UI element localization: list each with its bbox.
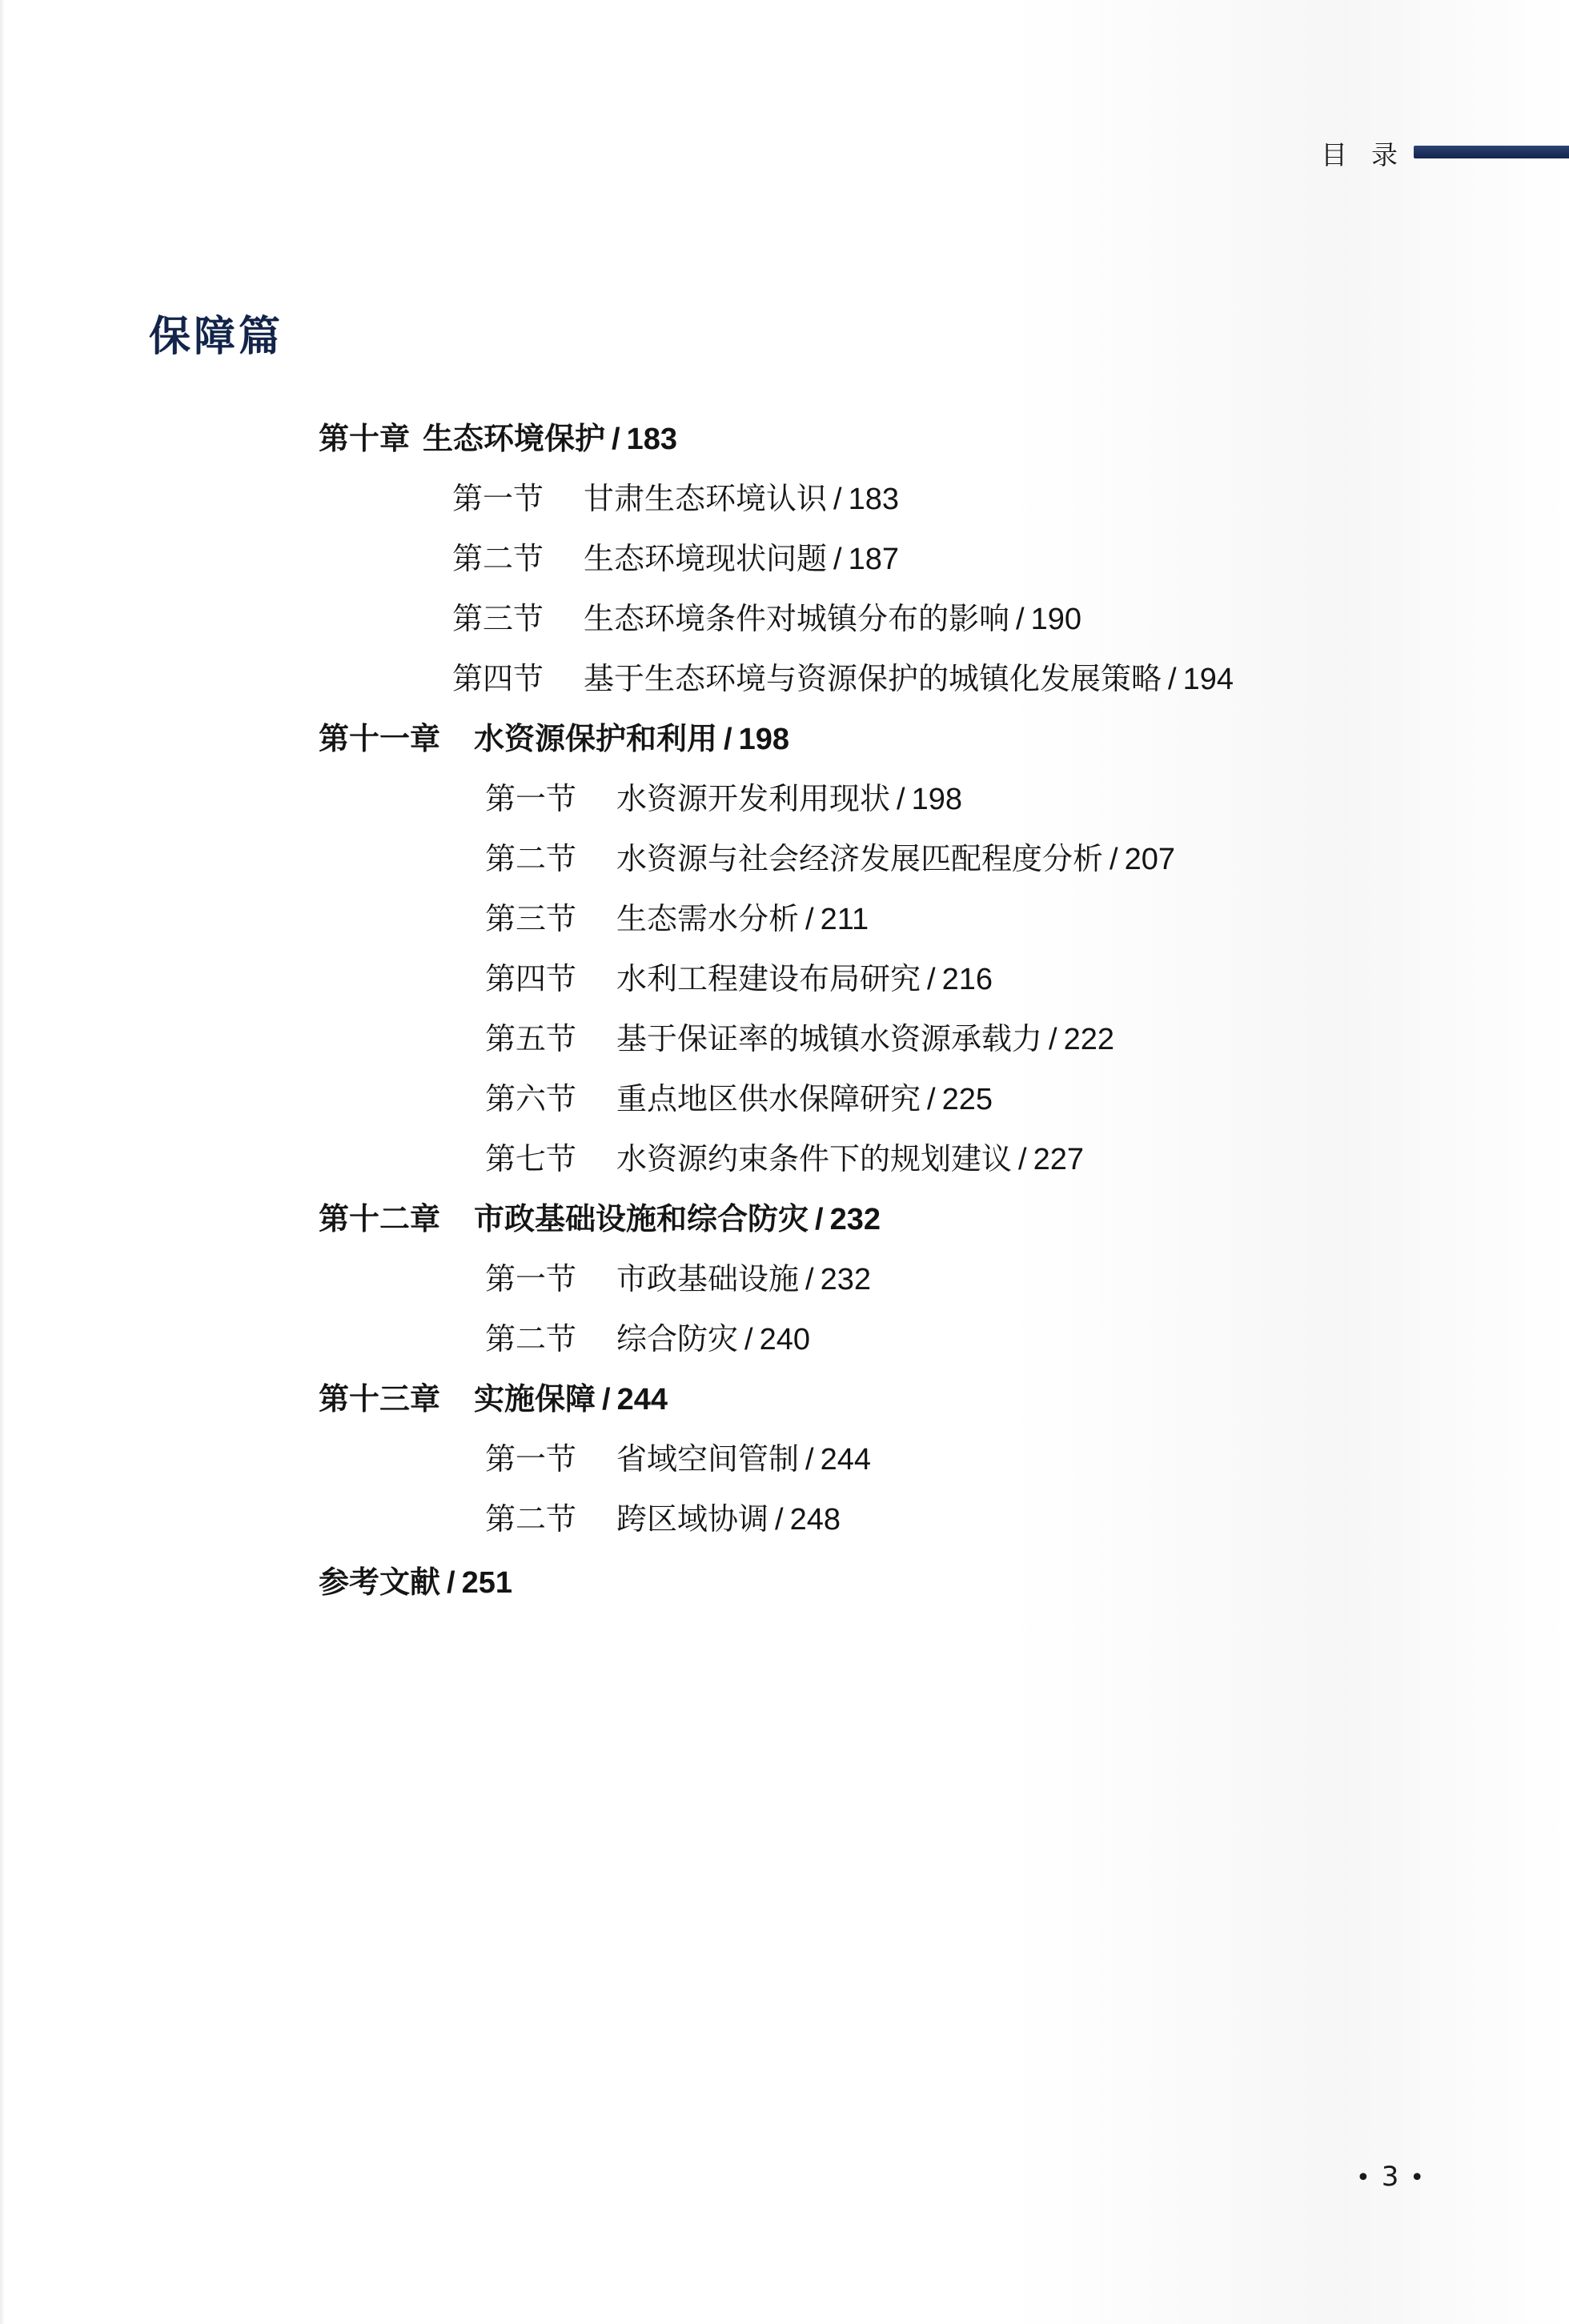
toc-chapter-10[interactable]: 第十章 生态环境保护 / 183 bbox=[319, 419, 677, 459]
page-ref: 232 bbox=[830, 1200, 881, 1240]
section-title: 基于生态环境与资源保护的城镇化发展策略 bbox=[584, 659, 1162, 699]
chapter-label: 第十章 bbox=[319, 419, 392, 459]
section-label: 第一节 bbox=[452, 479, 544, 519]
separator: / bbox=[897, 779, 905, 819]
section-title: 跨区域协调 bbox=[616, 1499, 768, 1539]
section-label: 第一节 bbox=[485, 1259, 576, 1299]
separator: / bbox=[775, 1500, 784, 1540]
page-ref: 227 bbox=[1033, 1140, 1084, 1180]
header-accent-bar bbox=[1414, 146, 1569, 158]
section-label: 第四节 bbox=[485, 959, 576, 999]
toc-chapter-13[interactable]: 第十三章 实施保障 / 244 bbox=[319, 1379, 668, 1420]
toc-chapter-12[interactable]: 第十二章 市政基础设施和综合防灾 / 232 bbox=[319, 1199, 881, 1240]
page-ref: 244 bbox=[617, 1380, 668, 1420]
chapter-title: 生态环境保护 bbox=[423, 419, 605, 459]
separator: / bbox=[447, 1563, 455, 1603]
separator: / bbox=[744, 1320, 753, 1360]
page-ref: 216 bbox=[942, 960, 993, 1000]
separator: / bbox=[724, 719, 732, 759]
chapter-title: 水资源保护和利用 bbox=[474, 719, 717, 759]
page-ref: 194 bbox=[1183, 659, 1234, 699]
chapter-label: 第十二章 bbox=[319, 1199, 440, 1239]
page-ref: 198 bbox=[739, 719, 789, 759]
separator: / bbox=[927, 960, 936, 1000]
separator: / bbox=[805, 1440, 814, 1480]
section-label: 第六节 bbox=[485, 1079, 576, 1119]
page-ref: 207 bbox=[1125, 839, 1175, 880]
separator: / bbox=[1018, 1140, 1027, 1180]
section-label: 第七节 bbox=[485, 1139, 576, 1179]
header-title: 目录 bbox=[1321, 134, 1422, 172]
page-ref: 187 bbox=[849, 539, 899, 579]
section-label: 第四节 bbox=[452, 659, 544, 699]
toc-chapter-11[interactable]: 第十一章 水资源保护和利用 / 198 bbox=[319, 719, 789, 759]
page-ref: 248 bbox=[790, 1500, 841, 1540]
section-label: 第三节 bbox=[485, 899, 576, 939]
separator: / bbox=[927, 1080, 936, 1120]
section-label: 第一节 bbox=[485, 779, 576, 819]
page-edge-shadow bbox=[0, 0, 5, 2324]
toc-section[interactable]: 第一节 水资源开发利用现状 / 198 bbox=[485, 779, 962, 819]
separator: / bbox=[805, 1260, 814, 1300]
toc-section[interactable]: 第二节 水资源与社会经济发展匹配程度分析 / 207 bbox=[485, 839, 1175, 880]
chapter-label: 第十一章 bbox=[319, 719, 440, 759]
separator: / bbox=[1168, 659, 1177, 699]
section-title: 基于保证率的城镇水资源承载力 bbox=[616, 1019, 1042, 1059]
chapter-label: 第十三章 bbox=[319, 1379, 440, 1419]
separator: / bbox=[833, 479, 842, 519]
section-title: 重点地区供水保障研究 bbox=[616, 1079, 921, 1119]
page-ref: 211 bbox=[821, 900, 869, 940]
toc-section[interactable]: 第六节 重点地区供水保障研究 / 225 bbox=[485, 1079, 993, 1120]
chapter-title: 市政基础设施和综合防灾 bbox=[474, 1199, 809, 1239]
separator: / bbox=[602, 1380, 611, 1420]
section-title: 生态需水分析 bbox=[616, 899, 799, 939]
section-label: 第三节 bbox=[452, 599, 544, 639]
section-title: 水资源约束条件下的规划建议 bbox=[616, 1139, 1012, 1179]
section-title: 水资源开发利用现状 bbox=[616, 779, 890, 819]
page-ref: 183 bbox=[627, 419, 677, 459]
bullet-dot-icon: • bbox=[1410, 2164, 1424, 2192]
toc-section[interactable]: 第二节 生态环境现状问题 / 187 bbox=[452, 539, 899, 579]
separator: / bbox=[805, 900, 814, 940]
toc-section[interactable]: 第四节 基于生态环境与资源保护的城镇化发展策略 / 194 bbox=[452, 659, 1234, 699]
page-ref: 190 bbox=[1031, 599, 1081, 639]
toc-section[interactable]: 第二节 综合防灾 / 240 bbox=[485, 1319, 810, 1360]
section-title: 生态环境现状问题 bbox=[584, 539, 827, 579]
section-title: 生态环境条件对城镇分布的影响 bbox=[584, 599, 1009, 639]
section-title: 甘肃生态环境认识 bbox=[584, 479, 827, 519]
section-label: 第一节 bbox=[485, 1439, 576, 1479]
separator: / bbox=[1110, 839, 1118, 880]
page-ref: 225 bbox=[942, 1080, 993, 1120]
toc-section[interactable]: 第一节 市政基础设施 / 232 bbox=[485, 1259, 871, 1300]
page-ref: 240 bbox=[760, 1320, 810, 1360]
separator: / bbox=[612, 419, 620, 459]
references-title: 参考文献 bbox=[319, 1562, 440, 1602]
toc-section[interactable]: 第三节 生态环境条件对城镇分布的影响 / 190 bbox=[452, 599, 1081, 639]
separator: / bbox=[815, 1200, 824, 1240]
section-label: 第二节 bbox=[485, 1499, 576, 1539]
section-label: 第二节 bbox=[485, 839, 576, 879]
section-title: 综合防灾 bbox=[616, 1319, 738, 1359]
section-title: 水资源与社会经济发展匹配程度分析 bbox=[616, 839, 1103, 879]
section-label: 第二节 bbox=[452, 539, 544, 579]
section-label: 第二节 bbox=[485, 1319, 576, 1359]
section-title: 水利工程建设布局研究 bbox=[616, 959, 921, 999]
bullet-dot-icon: • bbox=[1356, 2164, 1370, 2192]
page-number-value: 3 bbox=[1382, 2161, 1399, 2193]
running-header: 目录 bbox=[1321, 133, 1422, 173]
toc-section[interactable]: 第二节 跨区域协调 / 248 bbox=[485, 1499, 841, 1540]
page-ref: 232 bbox=[821, 1260, 871, 1300]
part-title: 保障篇 bbox=[149, 303, 283, 363]
separator: / bbox=[1049, 1020, 1057, 1060]
separator: / bbox=[833, 539, 842, 579]
page-ref: 244 bbox=[821, 1440, 871, 1480]
toc-references[interactable]: 参考文献 / 251 bbox=[319, 1562, 512, 1603]
toc-section[interactable]: 第五节 基于保证率的城镇水资源承载力 / 222 bbox=[485, 1019, 1114, 1060]
page-number: •3• bbox=[1345, 2161, 1435, 2193]
section-title: 省域空间管制 bbox=[616, 1439, 799, 1479]
section-label: 第五节 bbox=[485, 1019, 576, 1059]
section-title: 市政基础设施 bbox=[616, 1259, 799, 1299]
toc-section[interactable]: 第一节 省域空间管制 / 244 bbox=[485, 1439, 871, 1480]
toc-section[interactable]: 第七节 水资源约束条件下的规划建议 / 227 bbox=[485, 1139, 1084, 1180]
separator: / bbox=[1016, 599, 1025, 639]
toc-section[interactable]: 第三节 生态需水分析 / 211 bbox=[485, 899, 869, 940]
page-ref: 222 bbox=[1064, 1020, 1114, 1060]
toc-section[interactable]: 第一节 甘肃生态环境认识 / 183 bbox=[452, 479, 899, 519]
page-shading bbox=[1009, 0, 1569, 2324]
page-ref: 251 bbox=[462, 1563, 512, 1603]
page-ref: 183 bbox=[849, 479, 899, 519]
chapter-title: 实施保障 bbox=[474, 1379, 596, 1419]
page-ref: 198 bbox=[912, 779, 962, 819]
toc-section[interactable]: 第四节 水利工程建设布局研究 / 216 bbox=[485, 959, 993, 1000]
